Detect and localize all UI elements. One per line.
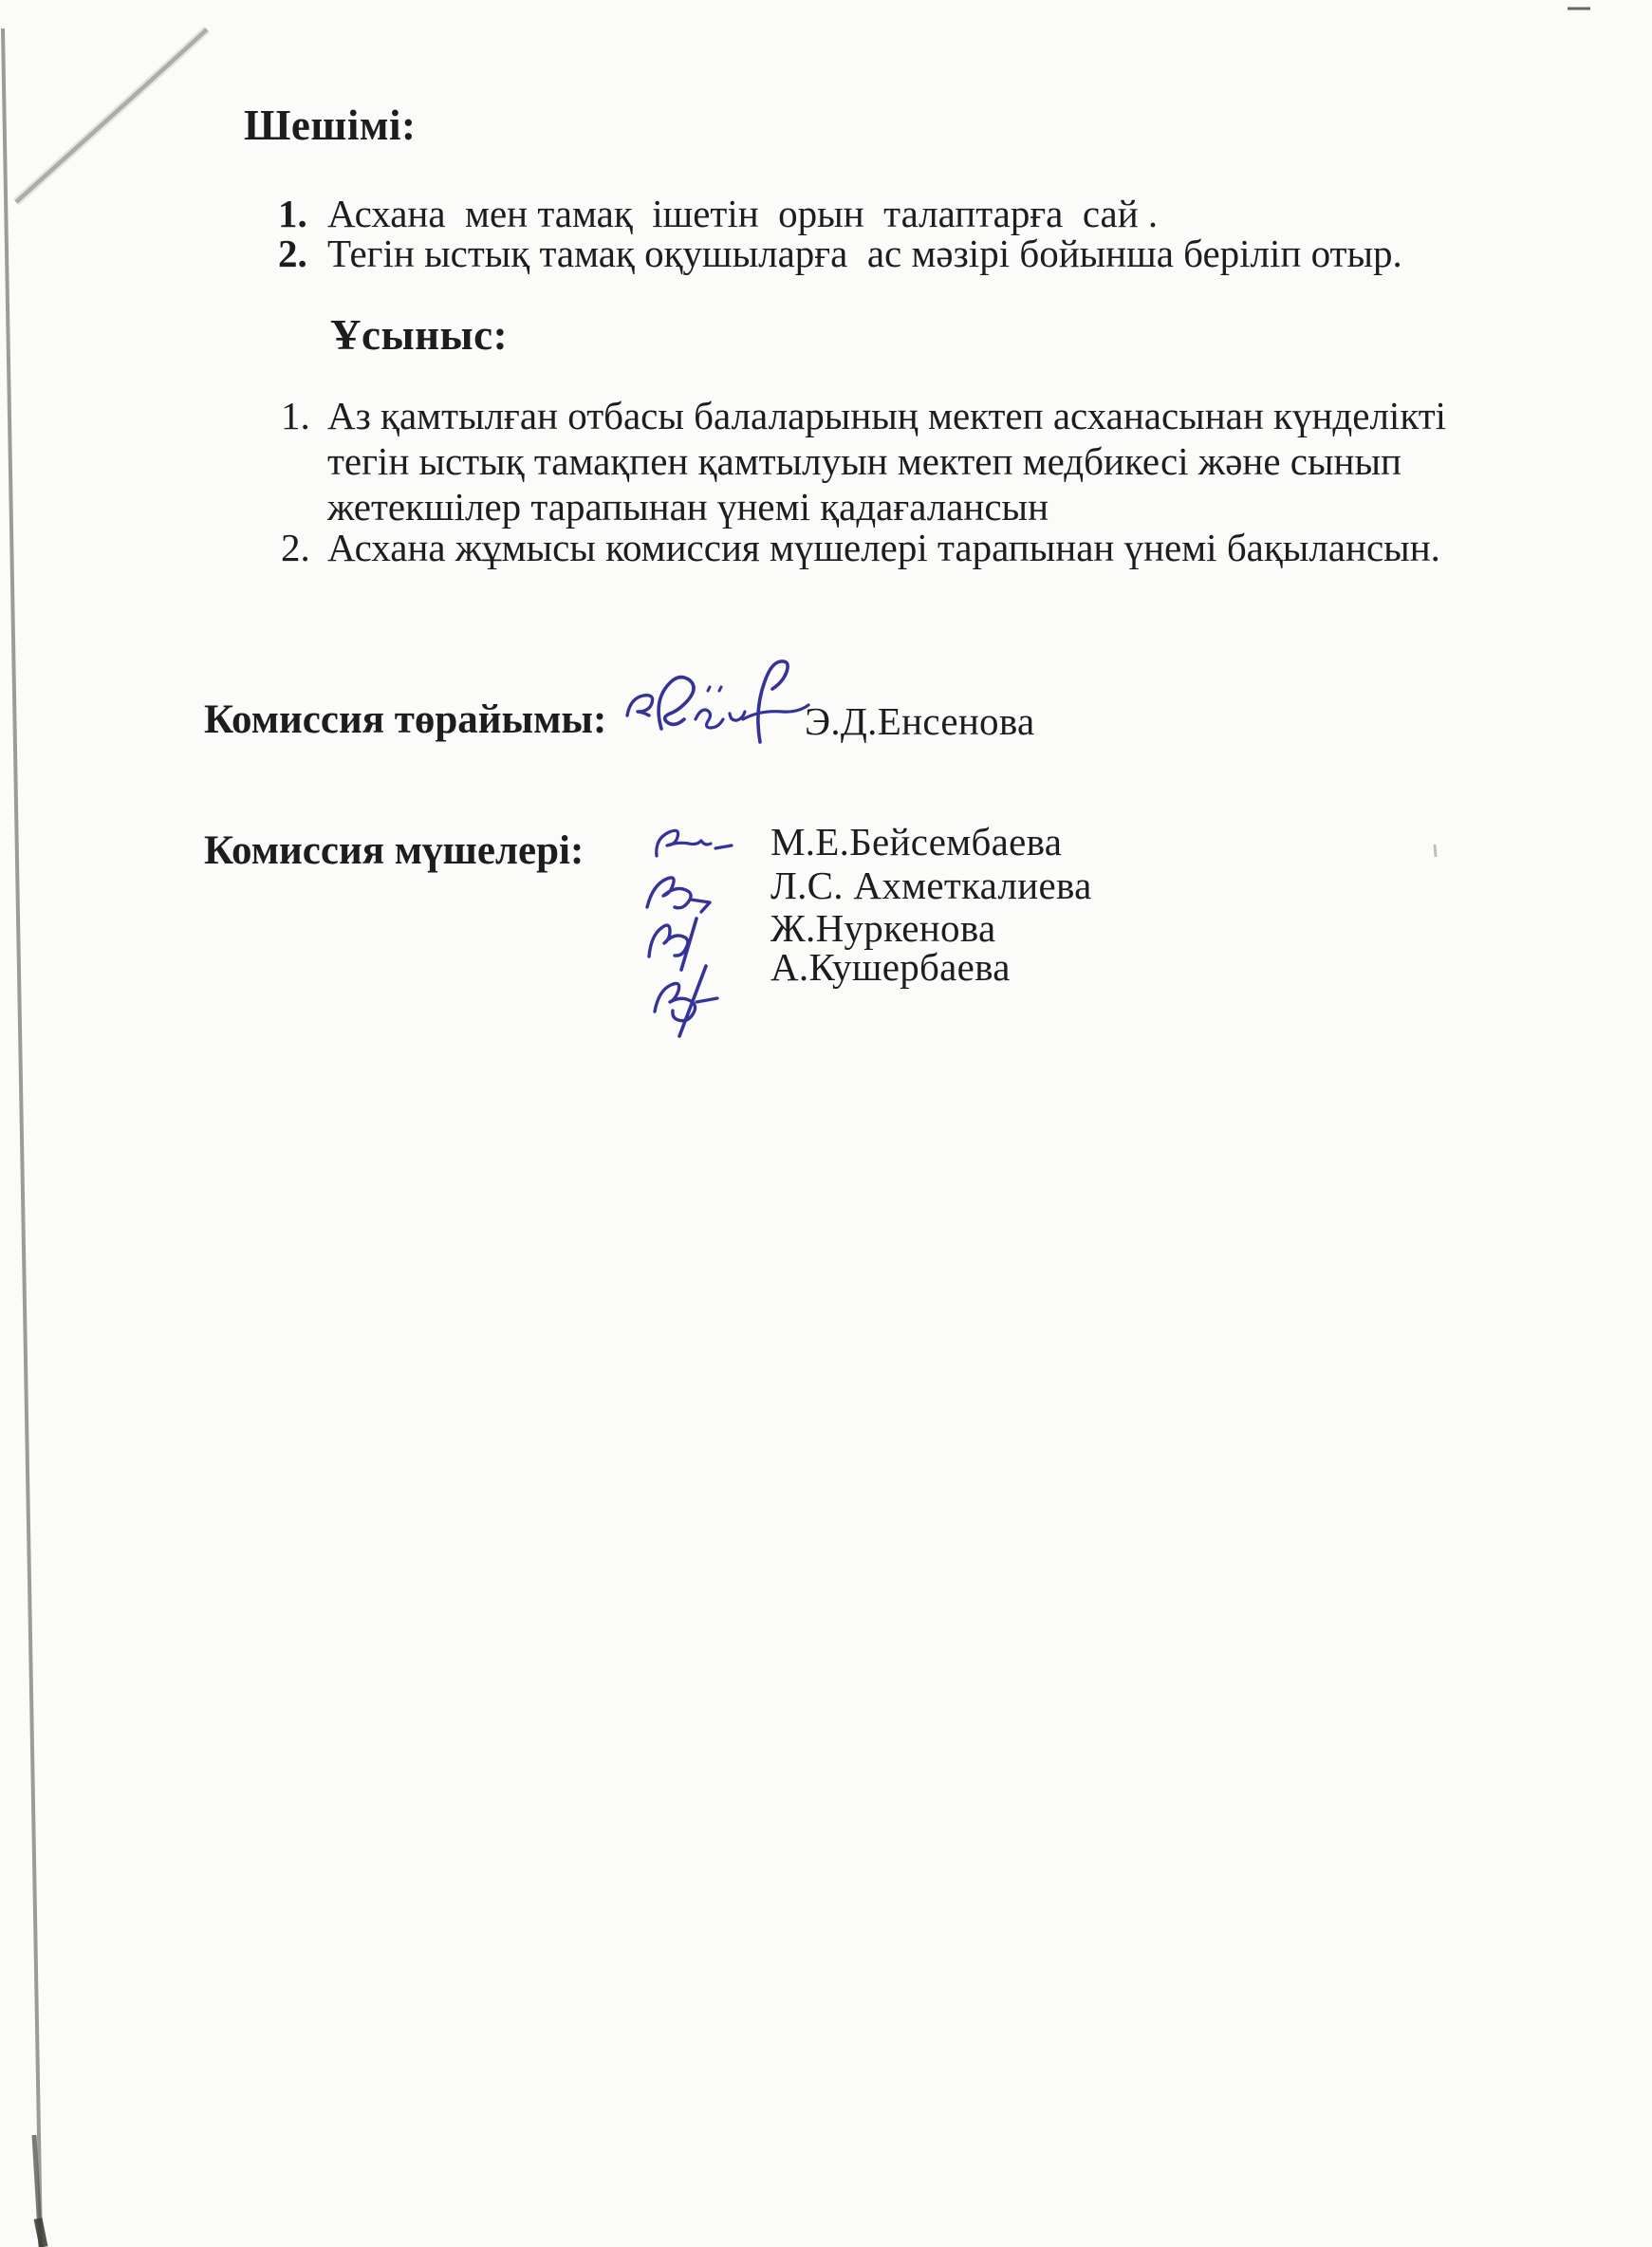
decision-item-text: Тегін ыстық тамақ оқушыларға ас мәзірі б… <box>327 234 1402 273</box>
chair-name: Э.Д.Енсенова <box>805 702 1034 741</box>
members-label: Комиссия мүшелері: <box>204 830 584 871</box>
decision-item-number: 2. <box>278 234 307 273</box>
proposal-heading: Ұсыныс: <box>330 314 508 357</box>
member-name: М.Е.Бейсембаева <box>770 823 1062 862</box>
scanned-document-page: Шешімі: 1. Асхана мен тамақ ішетін орын … <box>0 0 1652 2247</box>
proposal-item-line: жетекшілер тарапынан үнемі қадағалансын <box>327 488 1049 527</box>
decision-heading: Шешімі: <box>244 104 417 147</box>
proposal-item-line: Аз қамтылған отбасы балаларының мектеп а… <box>327 397 1446 436</box>
proposal-item-number: 1. <box>281 397 310 436</box>
proposal-item-number: 2. <box>281 529 310 567</box>
member-name: Л.С. Ахметкалиева <box>770 866 1092 905</box>
proposal-item-line: Асхана жұмысы комиссия мүшелері тарапына… <box>327 529 1440 567</box>
chair-signature-ink <box>612 643 816 762</box>
member-name: Ж.Нуркенова <box>770 909 995 948</box>
member-name: А.Кушербаева <box>770 948 1011 987</box>
scan-artifacts <box>0 0 1652 2247</box>
chair-label: Комиссия төрайымы: <box>204 699 606 740</box>
decision-item-text: Асхана мен тамақ ішетін орын талаптарға … <box>327 195 1158 233</box>
decision-item-number: 1. <box>278 195 307 233</box>
proposal-item-line: тегін ыстық тамақпен қамтылуын мектеп ме… <box>327 442 1401 481</box>
